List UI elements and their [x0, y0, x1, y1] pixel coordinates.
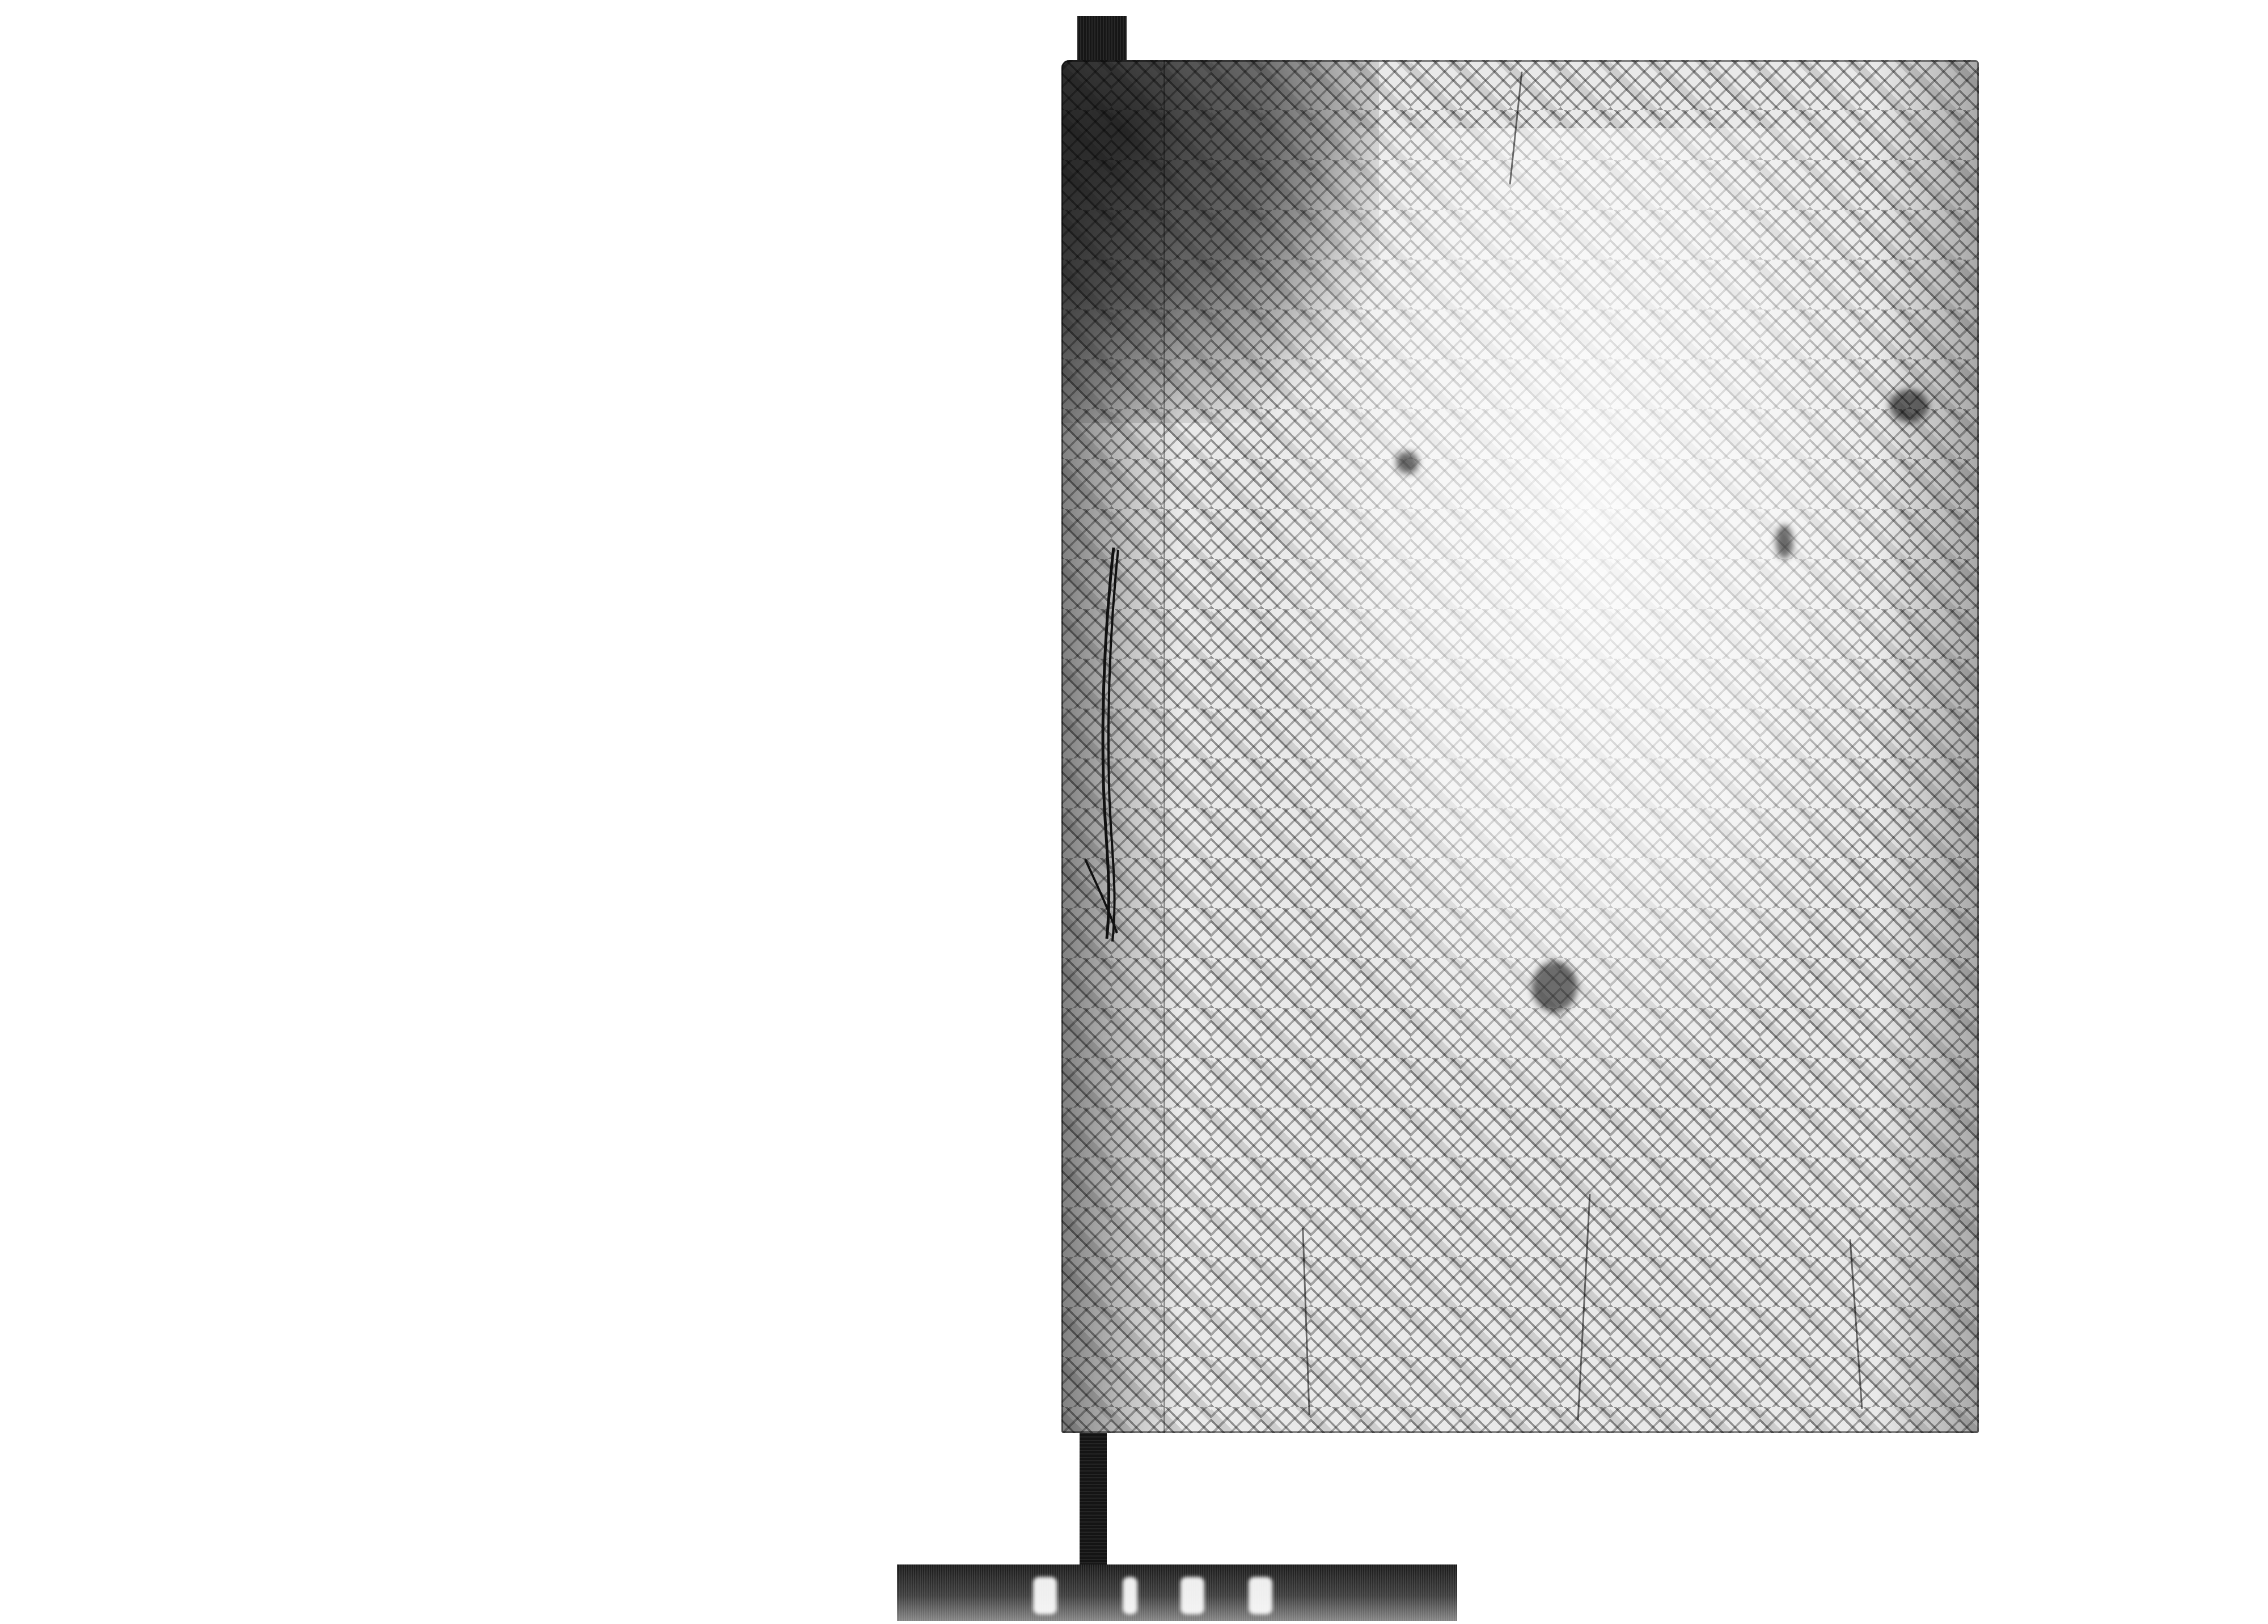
label-glyph — [1123, 1577, 1137, 1614]
label-glyph — [1180, 1577, 1204, 1614]
stain-mark — [1396, 451, 1419, 474]
stain-mark — [1532, 961, 1577, 1012]
spine-fold-line — [1163, 60, 1165, 1433]
stain-mark — [1889, 389, 1929, 423]
binding-thread-icon — [1084, 542, 1124, 950]
scan-frame — [0, 0, 2268, 1624]
bottom-stick — [1080, 1433, 1107, 1567]
stain-mark — [1776, 525, 1793, 559]
label-glyph — [1249, 1577, 1272, 1614]
label-strip — [897, 1564, 1457, 1621]
top-tab — [1077, 16, 1127, 67]
label-glyph — [1033, 1577, 1057, 1614]
faded-center — [1277, 128, 1901, 1092]
book-cover — [1061, 60, 1979, 1433]
